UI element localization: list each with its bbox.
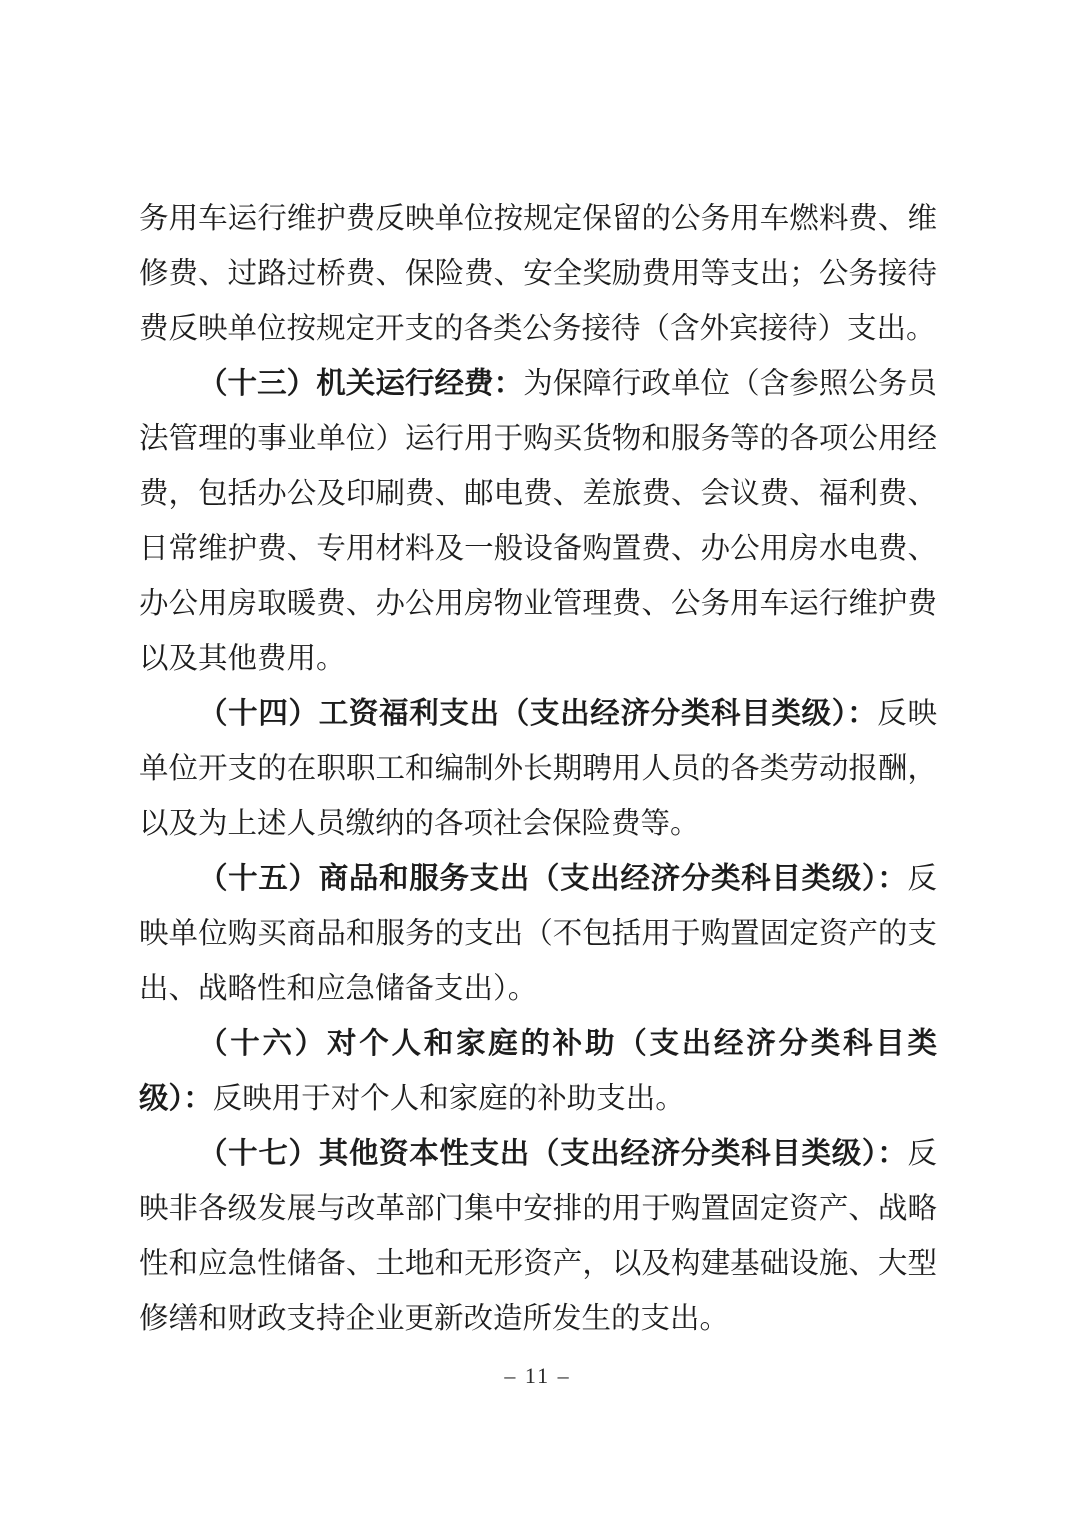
paragraph: 务用车运行维护费反映单位按规定保留的公务用车燃料费、维修费、过路过桥费、保险费、… <box>139 192 937 357</box>
document-page: 务用车运行维护费反映单位按规定保留的公务用车燃料费、维修费、过路过桥费、保险费、… <box>0 0 1075 1520</box>
paragraph-text: 为保障行政单位（含参照公务员法管理的事业单位）运行用于购买货物和服务等的各项公用… <box>139 368 937 675</box>
paragraph-text: 反映用于对个人和家庭的补助支出。 <box>213 1083 685 1115</box>
paragraph-lead: （十五）商品和服务支出（支出经济分类科目类级）： <box>198 863 907 895</box>
paragraph-lead: （十七）其他资本性支出（支出经济分类科目类级）： <box>198 1138 907 1170</box>
paragraph: （十三）机关运行经费：为保障行政单位（含参照公务员法管理的事业单位）运行用于购买… <box>139 357 937 687</box>
paragraph-lead: （十四）工资福利支出（支出经济分类科目类级）： <box>198 698 877 730</box>
page-footer: – 11 – <box>0 1363 1075 1389</box>
page-number: – 11 – <box>504 1363 570 1388</box>
paragraph-lead: （十三）机关运行经费： <box>198 368 523 400</box>
document-body: 务用车运行维护费反映单位按规定保留的公务用车燃料费、维修费、过路过桥费、保险费、… <box>139 192 937 1347</box>
paragraph: （十七）其他资本性支出（支出经济分类科目类级）：反映非各级发展与改革部门集中安排… <box>139 1127 937 1347</box>
paragraph: （十五）商品和服务支出（支出经济分类科目类级）：反映单位购买商品和服务的支出（不… <box>139 852 937 1017</box>
paragraph-text: 务用车运行维护费反映单位按规定保留的公务用车燃料费、维修费、过路过桥费、保险费、… <box>139 203 937 345</box>
paragraph: （十四）工资福利支出（支出经济分类科目类级）：反映单位开支的在职职工和编制外长期… <box>139 687 937 852</box>
paragraph: （十六）对个人和家庭的补助（支出经济分类科目类级）：反映用于对个人和家庭的补助支… <box>139 1017 937 1127</box>
